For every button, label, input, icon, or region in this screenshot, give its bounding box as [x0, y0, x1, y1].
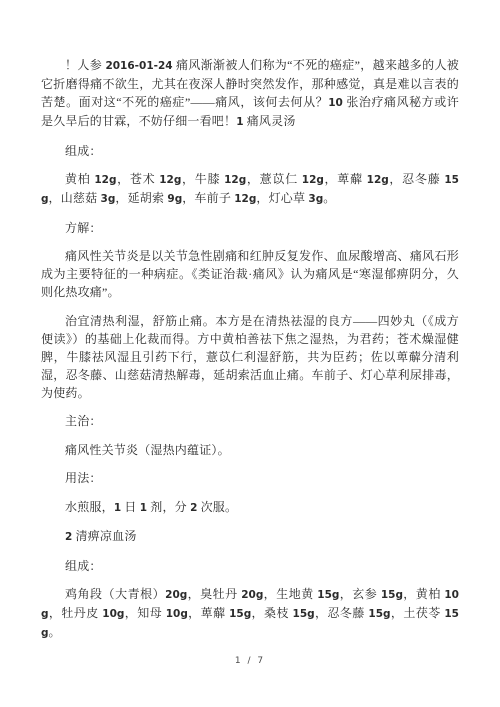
- analysis-paragraph-2: 治宜清热利湿，舒筋止痛。本方是在清热祛湿的良方——四妙丸（《成方便读》）的基础上…: [41, 312, 459, 402]
- usage-text: 水煎服，1 日 1 剂，分 2 次服。: [41, 498, 459, 517]
- label-indication: 主治：: [41, 412, 459, 430]
- composition-ingredients-1: 黄柏 12g，苍术 12g，牛膝 12g，薏苡仁 12g，萆薢 12g，忍冬藤 …: [41, 170, 459, 208]
- recipe-2-heading: 2 清痹凉血汤: [41, 527, 459, 546]
- analysis-paragraph-1: 痛风性关节炎是以关节急性剧痛和红肿反复发作、血尿酸增高、痛风石形成为主要特征的一…: [41, 247, 459, 301]
- composition-ingredients-2: 鸡角段（大青根）20g，臭牡丹 20g，生地黄 15g，玄参 15g，黄柏 10…: [41, 585, 459, 642]
- document-content: ！人参 2016-01-24 痛风渐渐被人们称为“不死的癌症”，越来越多的人被它…: [41, 56, 459, 642]
- indication-text: 痛风性关节炎（湿热内蕴证）。: [41, 441, 459, 459]
- intro-paragraph: ！人参 2016-01-24 痛风渐渐被人们称为“不死的癌症”，越来越多的人被它…: [41, 56, 459, 131]
- document-page: ！人参 2016-01-24 痛风渐渐被人们称为“不死的癌症”，越来越多的人被它…: [0, 0, 500, 707]
- label-usage: 用法：: [41, 469, 459, 487]
- label-formula-analysis: 方解：: [41, 219, 459, 237]
- label-composition-1: 组成：: [41, 142, 459, 160]
- label-composition-2: 组成：: [41, 557, 459, 575]
- page-number: 1 / 7: [0, 656, 500, 666]
